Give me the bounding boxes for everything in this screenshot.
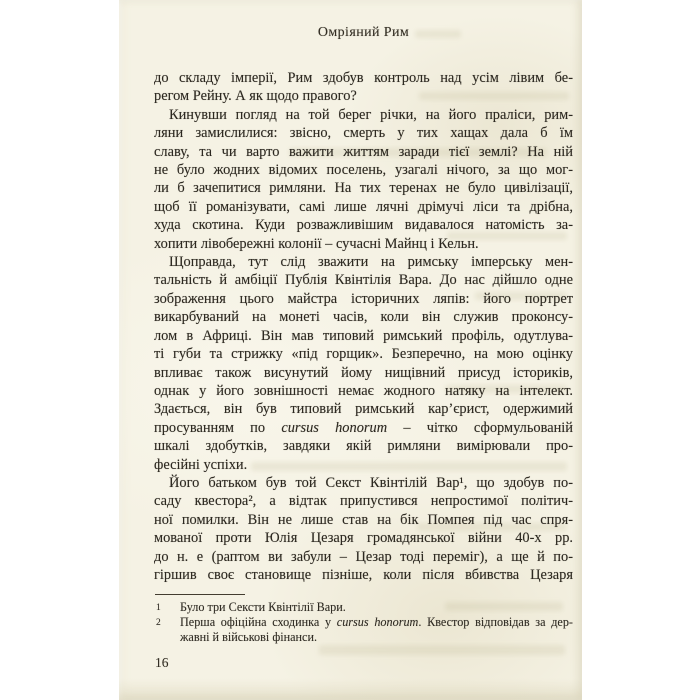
footnote-separator [155, 594, 245, 595]
text-line: гіршив своє становище пізніше, коли післ… [154, 566, 573, 584]
footnote: 2Перша офіційна сходинка у cursus honoru… [154, 615, 573, 645]
text-segment: Перша офіційна сходинка у [180, 615, 337, 629]
text-line: просуванням по cursus honorum – чітко сф… [154, 419, 573, 437]
text-line: до складу імперії, Рим здобув контроль н… [154, 69, 573, 87]
text-segment: – чітко сформульованій [387, 420, 573, 436]
body-text: до складу імперії, Рим здобув контроль н… [154, 69, 573, 584]
text-line: саду квестора², а відтак припустився неп… [154, 492, 573, 510]
text-line: ляни замислилися: звісно, смерть у тих х… [154, 124, 573, 142]
scanned-book-page-view: Омріяний Рим до складу імперії, Рим здоб… [0, 0, 700, 700]
text-line: ті губи та стрижку «під горщик». Безпере… [154, 345, 573, 363]
text-line: Його батьком був той Секст Квінтілій Вар… [154, 474, 573, 492]
text-line: лом в Африці. Він мав типовий римський п… [154, 327, 573, 345]
footnotes-block: 1Було три Сексти Квінтілії Вари.2Перша о… [154, 600, 573, 645]
running-header: Омріяний Рим [154, 25, 573, 41]
text-line: не було жодних відомих поселень, узагалі… [154, 161, 573, 179]
text-line: ли б зачепитися римляни. На тих теренах … [154, 179, 573, 197]
footnote-line: Перша офіційна сходинка у cursus honorum… [180, 615, 573, 630]
text-line: мованої проти Юлія Цезаря громадянської … [154, 529, 573, 547]
text-line: шкалі здобутків, завдяки якій римляни ви… [154, 437, 573, 455]
text-line: Здається, він був типовий римський кар’є… [154, 400, 573, 418]
text-line: славу, та чи варто важити життям заради … [154, 143, 573, 161]
text-line: викарбуваний на монеті часів, коли він с… [154, 308, 573, 326]
text-line: однак у його зовнішності немає жодного н… [154, 382, 573, 400]
text-line: худа скотина. Куди розважливішим видавал… [154, 216, 573, 234]
book-page: Омріяний Рим до складу імперії, Рим здоб… [119, 0, 582, 700]
footnote-marker: 1 [156, 601, 161, 616]
italic-phrase: cursus honorum [337, 615, 419, 629]
text-line: тальність й амбіції Публія Квінтілія Вар… [154, 271, 573, 289]
text-line: щоб її романізувати, самі лише лячні дрі… [154, 198, 573, 216]
italic-phrase: cursus honorum [281, 420, 387, 436]
text-line: Щоправда, тут слід зважити на римську ім… [154, 253, 573, 271]
page-number: 16 [155, 655, 169, 671]
text-line: зображення цього майстра історичних ляпі… [154, 290, 573, 308]
footnote-marker: 2 [156, 616, 161, 631]
text-segment: . Квестор відповідав за дер- [418, 615, 573, 629]
footnote-line: Було три Сексти Квінтілії Вари. [180, 600, 573, 615]
text-line: хопити лівобережні колонії – сучасні Май… [154, 235, 573, 253]
text-line: фесійні успіхи. [154, 456, 573, 474]
scan-shading [119, 678, 582, 700]
text-line: впливає також висунутий йому нищівний пр… [154, 364, 573, 382]
text-line: до н. е (раптом ви забули – Цезар тоді п… [154, 548, 573, 566]
footnote: 1Було три Сексти Квінтілії Вари. [154, 600, 573, 615]
text-line: регом Рейну. А як щодо правого? [154, 87, 573, 105]
text-line: Кинувши погляд на той берег річки, на йо… [154, 106, 573, 124]
text-segment: просуванням по [154, 420, 281, 436]
text-line: ної помилки. Він не лише став на бік Пом… [154, 511, 573, 529]
footnote-line: жавні й військові фінанси. [180, 630, 573, 645]
show-through-artifact [319, 645, 565, 655]
